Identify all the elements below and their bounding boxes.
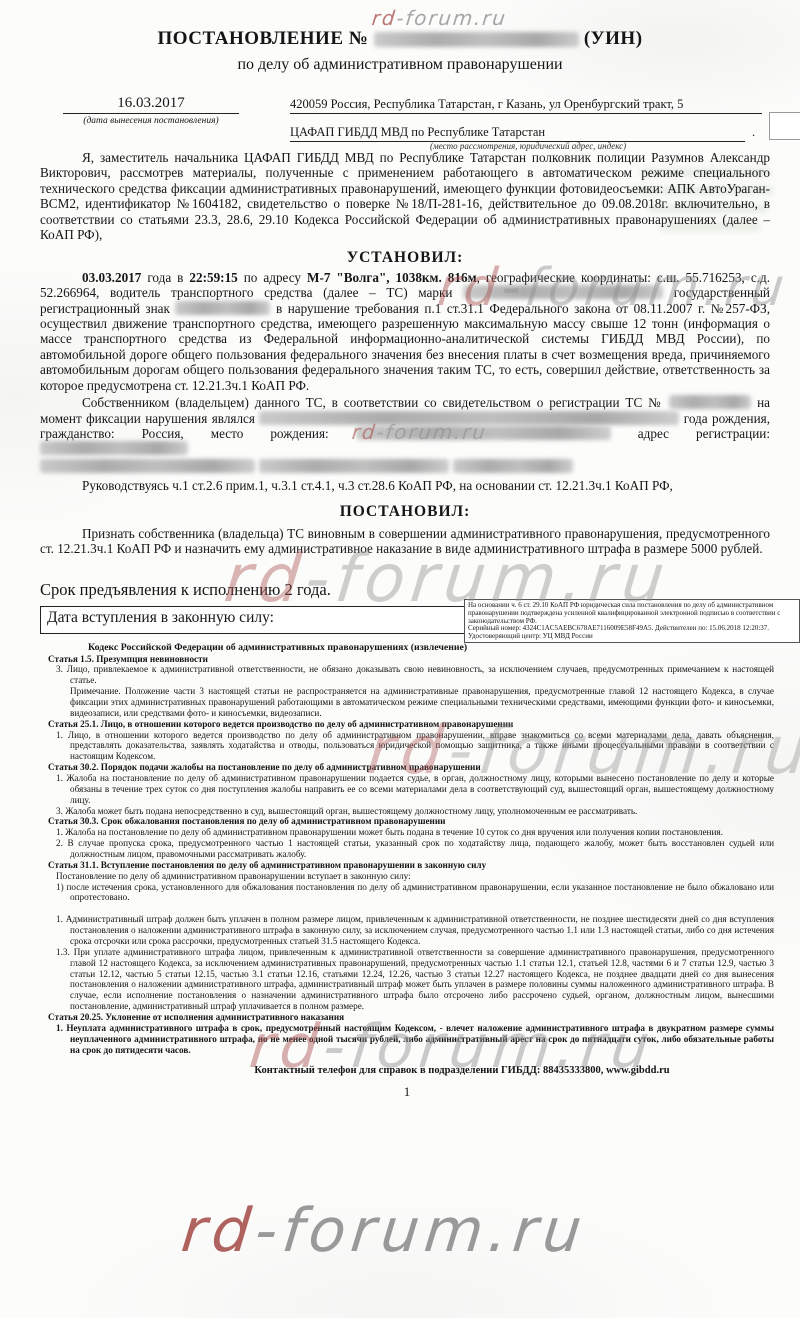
article-20-25: Статья 20.25. Уклонение от исполнения ад… (48, 1012, 774, 1023)
resolution-paragraph: Признать собственника (владельца) ТС вин… (40, 526, 770, 557)
redacted-address-part (259, 459, 449, 473)
article-30-3: Статья 30.3. Срок обжалования постановле… (48, 816, 774, 827)
redacted-plate-number (175, 301, 270, 315)
owner-text: адрес регистрации: (611, 426, 770, 441)
watermark-rd-forum: rd-forum.ru (178, 1196, 590, 1266)
violation-text: по адресу (238, 270, 307, 285)
document-body: Я, заместитель начальника ЦАФАП ГИБДД МВ… (40, 150, 770, 557)
signature-statement: На основании ч. 6 ст. 29.10 КоАП РФ юрид… (468, 602, 796, 625)
extract-line: 1. Неуплата административного штрафа в с… (56, 1023, 774, 1056)
margin-stamp-box (769, 112, 800, 140)
authority-name: ЦАФАП ГИБДД МВД по Республике Татарстан (290, 125, 745, 142)
title-prefix: ПОСТАНОВЛЕНИЕ № (157, 28, 368, 49)
signature-authority: Удостоверяющий центр: УЦ МВД России (468, 633, 796, 641)
extract-line: 1. Административный штраф должен быть уп… (56, 914, 774, 947)
legal-basis-line: Руководствуясь ч.1 ст.2.6 прим.1, ч.3.1 … (40, 478, 770, 493)
extract-line: 2. В случае пропуска срока, предусмотрен… (56, 838, 774, 860)
article-30-2: Статья 30.2. Порядок подачи жалобы на по… (48, 762, 774, 773)
watermark-part-rd: rd (371, 6, 398, 30)
legal-force-date-box: Дата вступления в законную силу: (40, 606, 500, 634)
extract-line: 1. Лицо, в отношении которого ведется пр… (56, 730, 774, 763)
article-31-1: Статья 31.1. Вступление постановления по… (48, 860, 774, 871)
extract-line: 1. Жалоба на постановление по делу об ад… (56, 773, 774, 806)
violation-time: 22:59:15 (189, 270, 237, 285)
watermark-part-forum: -forum.ru (252, 1196, 590, 1266)
issue-date-caption: (дата вынесения постановления) (55, 116, 247, 126)
redacted-vehicle-make (463, 285, 663, 299)
title-suffix: (УИН) (584, 28, 643, 49)
intro-paragraph: Я, заместитель начальника ЦАФАП ГИБДД МВ… (40, 150, 770, 243)
redacted-uin-number (374, 32, 579, 47)
violation-paragraph: 03.03.2017 года в 22:59:15 по адресу М-7… (40, 270, 770, 394)
koap-extract: Кодекс Российской Федерации об администр… (40, 642, 774, 1099)
section-ustanovil: УСТАНОВИЛ: (40, 249, 770, 267)
redacted-address-line (40, 458, 770, 476)
digital-signature-box: На основании ч. 6 ст. 29.10 КоАП РФ юрид… (464, 599, 800, 643)
issue-date: 16.03.2017 (63, 95, 239, 114)
authority-address: 420059 Россия, Республика Татарстан, г К… (290, 97, 762, 114)
watermark-rd-forum: rd-forum.ru (371, 6, 508, 30)
redacted-owner-name (259, 411, 679, 425)
document-subtitle: по делу об административном правонарушен… (0, 56, 800, 74)
violation-text: года в (141, 270, 189, 285)
extract-line: Постановление по делу об административно… (56, 871, 774, 882)
page-number: 1 (40, 1084, 774, 1099)
enforcement-term-line: Срок предъявления к исполнению 2 года. (40, 580, 331, 600)
section-postanovil: ПОСТАНОВИЛ: (40, 503, 770, 521)
violation-date: 03.03.2017 (82, 270, 141, 285)
extract-line: 1) после истечения срока, установленного… (56, 882, 774, 904)
article-1-5: Статья 1.5. Презумпция невиновности (48, 654, 774, 665)
redacted-address-part (453, 459, 573, 473)
redacted-birthplace (356, 426, 611, 440)
owner-text: Собственником (владельцем) данного ТС, в… (82, 395, 669, 410)
redacted-registration-certificate (669, 395, 751, 409)
extract-line: 3. Лицо, привлекаемое к административной… (56, 664, 774, 686)
article-25-1: Статья 25.1. Лицо, в отношении которого … (48, 719, 774, 730)
extract-title: Кодекс Российской Федерации об администр… (88, 642, 774, 654)
contact-line: Контактный телефон для справок в подразд… (95, 1065, 800, 1077)
extract-note: Примечание. Положение части 3 настоящей … (70, 686, 774, 719)
document-title: ПОСТАНОВЛЕНИЕ № (УИН) (0, 28, 800, 50)
document-page: ПОСТАНОВЛЕНИЕ № (УИН) по делу об админис… (0, 0, 800, 1318)
extract-line: 1. Жалоба на постановление по делу об ад… (56, 827, 774, 838)
owner-paragraph: Собственником (владельцем) данного ТС, в… (40, 395, 770, 457)
authority-period: . (752, 125, 755, 140)
watermark-part-rd: rd (178, 1196, 259, 1266)
extract-line: 1.3. При уплате административного штрафа… (56, 947, 774, 1012)
watermark-part-forum: -forum.ru (395, 6, 508, 30)
redacted-address-part (40, 459, 255, 473)
redacted-address (40, 441, 188, 455)
extract-line: 3. Жалоба может быть подана непосредстве… (56, 806, 774, 817)
violation-place: М-7 "Волга", 1038км. 816м (307, 270, 477, 285)
